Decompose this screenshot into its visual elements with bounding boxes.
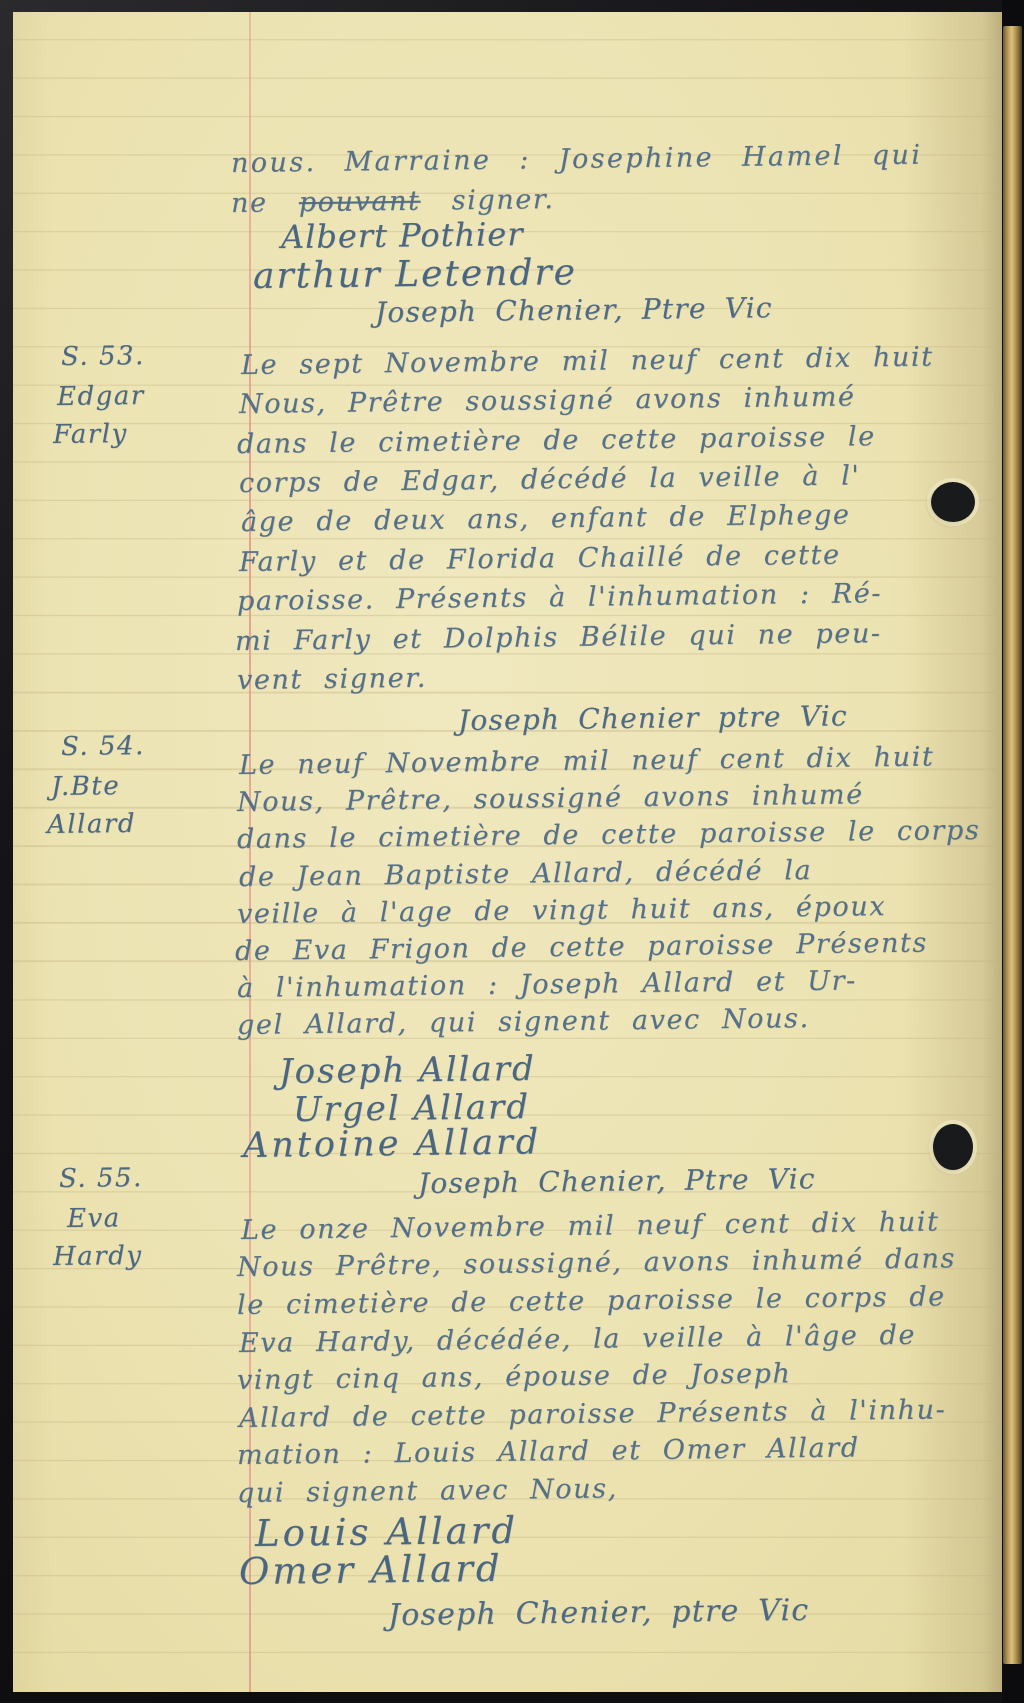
- struck-word: pouvant: [299, 186, 421, 218]
- record-body-line: vingt cinq ans, épouse de Joseph: [237, 1358, 792, 1396]
- record-body-line: mi Farly et Dolphis Bélile qui ne peu-: [235, 618, 882, 657]
- witness-signature: arthur Letendre: [253, 252, 577, 297]
- record-body-line: Nous, Prêtre, soussigné avons inhumé: [237, 779, 864, 818]
- margin-entry-name: Eva: [67, 1203, 121, 1234]
- record-body-line: de Jean Baptiste Allard, décédé la: [239, 855, 813, 893]
- record-body-line: le cimetière de cette paroisse le corps …: [237, 1281, 946, 1321]
- margin-entry-number: S. 53.: [61, 341, 145, 372]
- continuation-line: ne pouvant signer.: [231, 184, 555, 219]
- hole-punch: [933, 1124, 973, 1170]
- priest-signature: Joseph Chenier ptre Vic: [458, 699, 848, 737]
- record-body-line: dans le cimetière de cette paroisse le c…: [237, 815, 981, 855]
- witness-signature: Omer Allard: [239, 1547, 503, 1593]
- record-body-line: Nous Prêtre, soussigné, avons inhumé dan…: [237, 1243, 956, 1283]
- record-body-line: gel Allard, qui signent avec Nous.: [237, 1003, 810, 1041]
- record-body-line: de Eva Frigon de cette paroisse Présents: [235, 928, 928, 967]
- priest-signature: Joseph Chenier, Ptre Vic: [418, 1162, 816, 1200]
- record-body-line: Allard de cette paroisse Présents à l'in…: [239, 1394, 947, 1434]
- page-edges-gilt: [1003, 26, 1022, 1664]
- record-body-line: Le neuf Novembre mil neuf cent dix huit: [239, 742, 935, 781]
- record-body-line: Nous, Prêtre soussigné avons inhumé: [239, 381, 856, 420]
- witness-signature: Joseph Allard: [279, 1049, 536, 1092]
- record-body-line: à l'inhumation : Joseph Allard et Ur-: [237, 965, 857, 1004]
- margin-entry-number: S. 55.: [59, 1163, 143, 1194]
- margin-entry-name: Allard: [47, 809, 136, 840]
- margin-entry-name: Hardy: [53, 1241, 143, 1272]
- continuation-text: ne: [231, 188, 268, 219]
- priest-signature: Joseph Chenier, Ptre Vic: [375, 291, 773, 329]
- priest-signature: Joseph Chenier, ptre Vic: [388, 1593, 810, 1633]
- hole-punch: [931, 482, 975, 522]
- record-body-line: corps de Edgar, décédé la veille à l': [239, 460, 861, 499]
- scanned-register-photo: { "page_colors": { "paper": "#ece3b2", "…: [0, 0, 1024, 1703]
- record-body-line: âge de deux ans, enfant de Elphege: [241, 500, 851, 538]
- record-body-line: Eva Hardy, décédée, la veille à l'âge de: [239, 1320, 916, 1359]
- witness-signature: Albert Pothier: [281, 215, 524, 256]
- record-body-line: paroisse. Présents à l'inhumation : Ré-: [237, 578, 882, 617]
- margin-entry-name: J.Bte: [51, 771, 120, 802]
- register-page: nous. Marraine : Josephine Hamel qui ne …: [13, 12, 1002, 1692]
- continuation-text: signer.: [451, 184, 554, 216]
- continuation-line: nous. Marraine : Josephine Hamel qui: [231, 140, 923, 179]
- record-body-line: Farly et de Florida Chaillé de cette: [239, 540, 841, 578]
- margin-entry-number: S. 54.: [61, 731, 145, 762]
- record-body-line: veille à l'age de vingt huit ans, époux: [237, 891, 886, 930]
- record-body-line: Le onze Novembre mil neuf cent dix huit: [241, 1206, 940, 1246]
- record-body-line: mation : Louis Allard et Omer Allard: [237, 1432, 860, 1471]
- margin-entry-name: Edgar: [57, 381, 145, 412]
- record-body-line: Le sept Novembre mil neuf cent dix huit: [241, 342, 934, 381]
- record-body-line: vent signer.: [237, 663, 427, 696]
- record-body-line: dans le cimetière de cette paroisse le: [237, 421, 876, 460]
- book-binding-edge: [1002, 0, 1024, 1703]
- witness-signature: Antoine Allard: [243, 1122, 542, 1166]
- margin-entry-name: Farly: [53, 419, 128, 450]
- record-body-line: qui signent avec Nous,: [237, 1473, 618, 1509]
